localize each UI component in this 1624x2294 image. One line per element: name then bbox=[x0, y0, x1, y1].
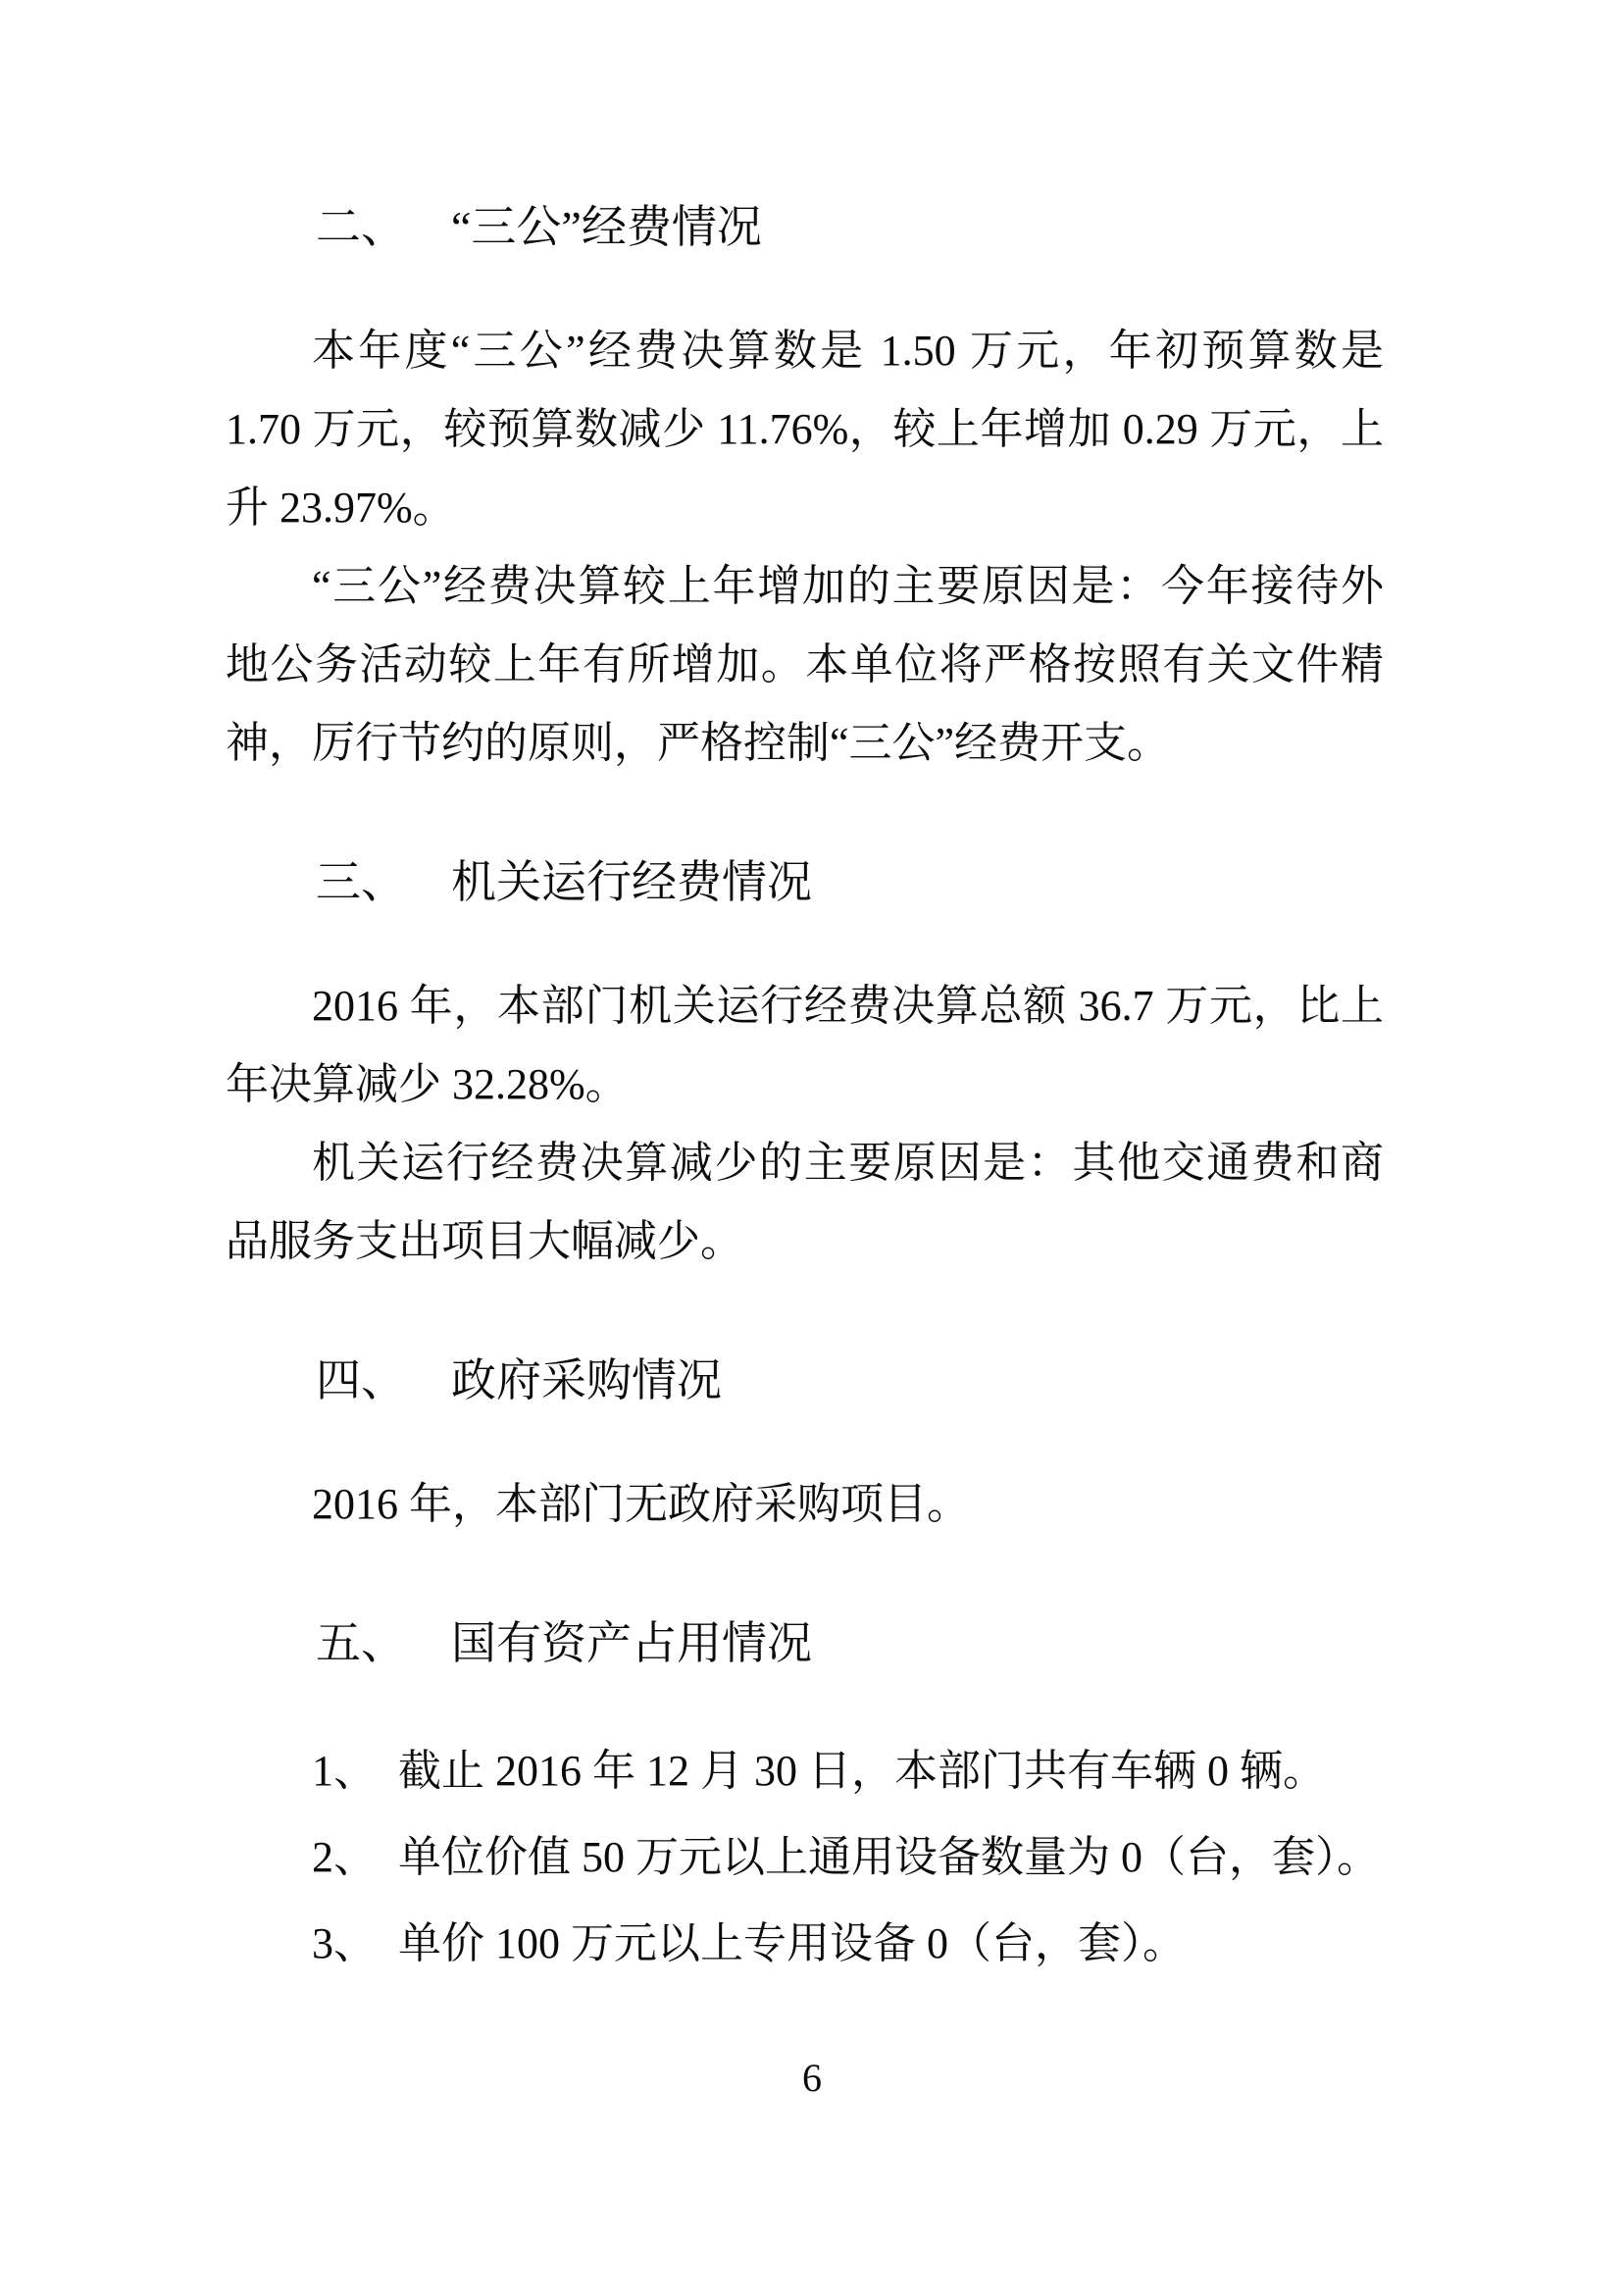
section-3-number: 三、 bbox=[316, 857, 406, 907]
section-2-title: “三公”经费情况 bbox=[451, 202, 762, 252]
section-4-number: 四、 bbox=[316, 1355, 406, 1405]
page-number: 6 bbox=[0, 2055, 1624, 2102]
section-5-number: 五、 bbox=[316, 1618, 406, 1668]
asset-item-3-text: 单价 100 万元以上专用设备 0（台，套）。 bbox=[398, 1919, 1186, 1967]
section-4-heading: 四、政府采购情况 bbox=[226, 1342, 1384, 1420]
section-5-title: 国有资产占用情况 bbox=[451, 1618, 812, 1668]
document-page: 二、“三公”经费情况 本年度“三公”经费决算数是 1.50 万元，年初预算数是 … bbox=[0, 0, 1624, 2294]
section-5-heading: 五、国有资产占用情况 bbox=[226, 1605, 1384, 1683]
paragraph-sangong-figures: 本年度“三公”经费决算数是 1.50 万元，年初预算数是 1.70 万元，较预算… bbox=[226, 312, 1384, 547]
asset-item-3-number: 3、 bbox=[312, 1919, 377, 1967]
asset-item-2-text: 单位价值 50 万元以上通用设备数量为 0（台，套）。 bbox=[398, 1833, 1380, 1881]
section-2-heading: 二、“三公”经费情况 bbox=[226, 188, 1384, 267]
section-4-title: 政府采购情况 bbox=[451, 1355, 722, 1405]
section-3-title: 机关运行经费情况 bbox=[451, 857, 812, 907]
paragraph-procurement: 2016 年，本部门无政府采购项目。 bbox=[226, 1465, 1384, 1544]
asset-item-special-equipment: 3、单价 100 万元以上专用设备 0（台，套）。 bbox=[226, 1901, 1384, 1987]
paragraph-operating-figures: 2016 年，本部门机关运行经费决算总额 36.7 万元，比上年决算减少 32.… bbox=[226, 967, 1384, 1124]
asset-item-general-equipment: 2、单位价值 50 万元以上通用设备数量为 0（台，套）。 bbox=[226, 1814, 1384, 1901]
paragraph-sangong-reason: “三公”经费决算较上年增加的主要原因是：今年接待外地公务活动较上年有所增加。本单… bbox=[226, 547, 1384, 783]
asset-item-1-number: 1、 bbox=[312, 1747, 377, 1795]
asset-item-2-number: 2、 bbox=[312, 1833, 377, 1881]
paragraph-operating-reason: 机关运行经费决算减少的主要原因是：其他交通费和商品服务支出项目大幅减少。 bbox=[226, 1124, 1384, 1281]
section-3-heading: 三、机关运行经费情况 bbox=[226, 843, 1384, 922]
asset-item-1-text: 截止 2016 年 12 月 30 日，本部门共有车辆 0 辆。 bbox=[398, 1747, 1326, 1795]
asset-item-vehicles: 1、截止 2016 年 12 月 30 日，本部门共有车辆 0 辆。 bbox=[226, 1728, 1384, 1814]
section-2-number: 二、 bbox=[316, 202, 406, 252]
